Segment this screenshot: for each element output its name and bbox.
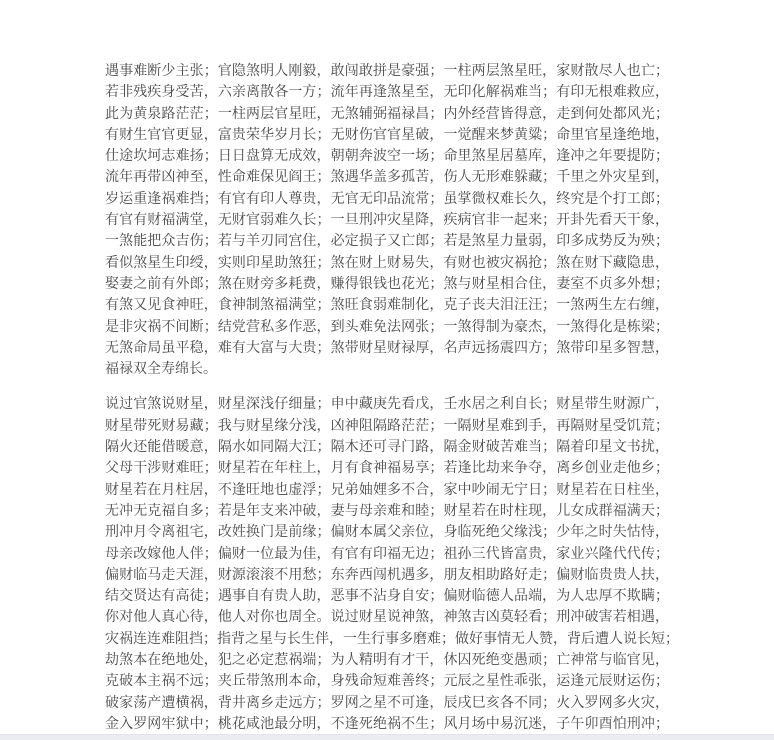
- text-line: 仕途坎坷志难扬；日日盘算无成效，朝朝奔波空一场；命里煞星居墓库，逢冲之年要提防；: [105, 146, 669, 167]
- text-line: 父母干涉财难旺；财星若在年柱上，月有食神福易享；若逢比劫来争夺，离乡创业走他乡；: [105, 458, 669, 479]
- text-line: 一煞能把众吉伤；若与羊刃同宫住，必定损子又亡郎；若是煞星力量弱，印多成势反为殃；: [105, 231, 669, 252]
- text-line: 偏财临马走天涯，财源滚滚不用愁；东奔西闯机遇多，朋友相助路好走；偏财临贵贵人扶，: [105, 565, 669, 586]
- text-line: 福禄双全寿绵长。: [105, 359, 669, 380]
- text-line: 流年再带凶神至，性命难保见阎王；煞遇华盖多孤苦，伤人无形难躲藏；千里之外灾星到，: [105, 167, 669, 188]
- text-line: 无煞命局虽平稳，难有大富与大贵；煞带财星财禄厚，名声远扬震四方；煞带印星多智慧，: [105, 338, 669, 359]
- text-line: 此为黄泉路茫茫；一柱两层官星旺，无煞辅弼福禄昌；内外经营皆得意，走到何处都风光；: [105, 104, 669, 125]
- text-line: 说过官煞说财星，财星深浅仔细量；申中藏庚先看戊，壬水居之利自长；财星带生财源广，: [105, 394, 669, 415]
- text-line: 隔火还能借暖意，隔水如同隔大江；隔木还可寻门路，隔金财破苦难当；隔着印星文书扰，: [105, 437, 669, 458]
- text-line: 破家荡产遭横祸，背井离乡走远方；罗网之星不可逢，辰戌巳亥各不同；火入罗网多火灾，: [105, 693, 669, 714]
- text-line: 有财生官官更显，富贵荣华岁月长；无财伤官官星破，一觉醒来梦黄粱；命里官星逢绝地，: [105, 125, 669, 146]
- text-line: 有官有财福满堂，无财官弱难久长；一旦刑冲灾星降，疾病官非一起来；开卦先看天干象，: [105, 210, 669, 231]
- text-line: 金入罗网牢狱中；桃花咸池最分明，不逢死绝祸不生；风月场中易沉迷，子午卯酉怕刑冲；: [105, 714, 669, 735]
- text-line: 有煞又见食神旺，食神制煞福满堂；煞旺食弱难制化，克子丧夫泪汪汪；一煞两生左右缠，: [105, 295, 669, 316]
- text-line: 刑冲月令离祖宅，改姓换门是前缘；偏财本属父亲位，身临死绝父缘浅；少年之时失怙恃，: [105, 522, 669, 543]
- text-line: 娶妻之前有外郎；煞在财旁多耗费，赚得银钱也花光；煞与财星相合住，妻室不贞多外想；: [105, 274, 669, 295]
- text-line: 劫煞本在绝地处，犯之必定惹祸端；为人精明有才干，休囚死绝变愚顽；亡神常与临官见，: [105, 650, 669, 671]
- text-line: 若非残疾身受苦，六亲离散各一方；流年再逢煞星至，无印化解祸难当；有印无根难救应，: [105, 82, 669, 103]
- text-line: 母亲改嫁他人伴；偏财一位最为佳，有官有印福无边；祖孙三代皆富贵，家业兴隆代代传；: [105, 544, 669, 565]
- text-line: 克破本主祸不远；夹丘带煞刑本命，身残命短难善终；元辰之星性乖张，运逢元辰财运伤；: [105, 671, 669, 692]
- document-page: 遇事难断少主张；官隐煞明人刚毅，敢闯敢拼是豪强；一柱两层煞星旺，家财散尽人也亡；…: [105, 61, 669, 740]
- paragraph-2: 说过官煞说财星，财星深浅仔细量；申中藏庚先看戊，壬水居之利自长；财星带生财源广，…: [105, 394, 669, 740]
- text-line: 结交贤达有高徒；遇事自有贵人助，恶事不沾身自安；偏财临德人品端，为人忠厚不欺瞒；: [105, 586, 669, 607]
- page-bottom-strip: [0, 734, 774, 740]
- text-line: 是非灾祸不间断；结党营私多作恶，到头难免法网张；一煞得制为豪杰，一煞得化是栋梁；: [105, 317, 669, 338]
- text-line: 无冲无克福自多；若是年支来冲破，妻与母亲难和睦；财星若在时柱现，儿女成群福满天；: [105, 501, 669, 522]
- paragraph-1: 遇事难断少主张；官隐煞明人刚毅，敢闯敢拼是豪强；一柱两层煞星旺，家财散尽人也亡；…: [105, 61, 669, 380]
- text-line: 遇事难断少主张；官隐煞明人刚毅，敢闯敢拼是豪强；一柱两层煞星旺，家财散尽人也亡；: [105, 61, 669, 82]
- text-line: 岁运重逢祸难挡；有官有印人尊贵，无官无印品流常；虽掌微权难长久，终究是个打工郎；: [105, 189, 669, 210]
- text-line: 财星带死财易藏；我与财星缘分浅，凶神阻隔路茫茫；一隔财星难到手，再隔财星受饥荒；: [105, 416, 669, 437]
- text-line: 灾祸连连难阻挡；指背之星与长生伴，一生行事多磨难；做好事情无人赞，背后遭人说长短…: [105, 629, 669, 650]
- text-line: 你对他人真心待，他人对你也周全。说过财星说神煞，神煞吉凶莫轻看；刑冲破害若相遇，: [105, 607, 669, 628]
- text-line: 财星若在月柱居，不逢旺地也虚浮；兄弟妯娌多不合，家中吵闹无宁日；财星若在日柱坐，: [105, 480, 669, 501]
- text-line: 看似煞星生印绶，实则印星助煞狂；煞在财上财易失，有财也被灾祸抢；煞在财下藏隐患，: [105, 253, 669, 274]
